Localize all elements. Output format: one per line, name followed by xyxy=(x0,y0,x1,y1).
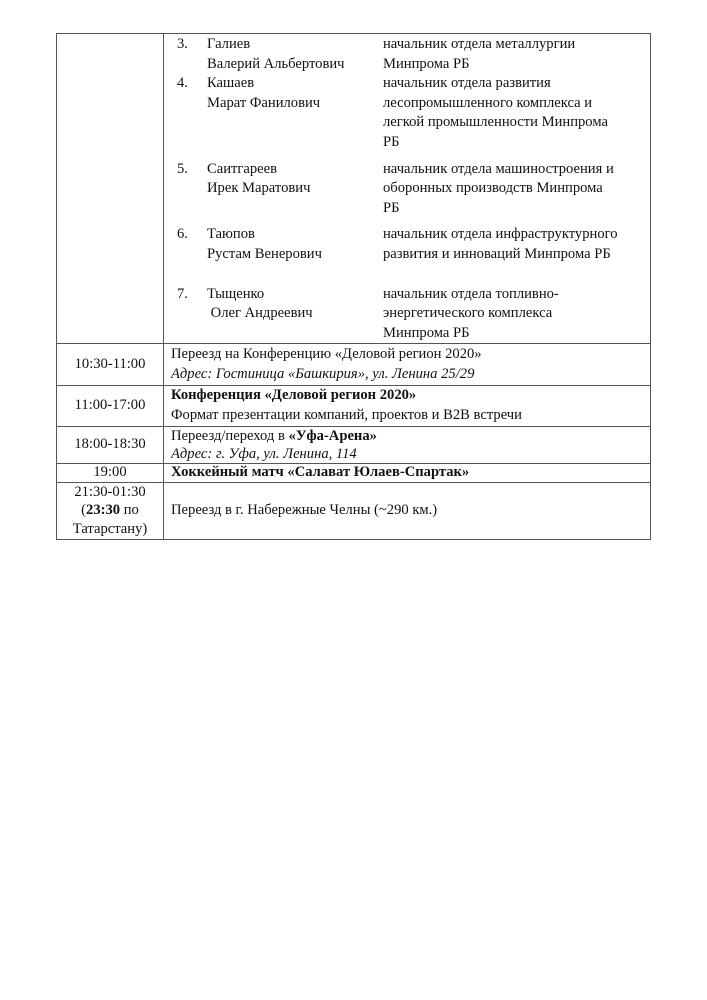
event-address: Адрес: Гостиница «Башкирия», ул. Ленина … xyxy=(171,365,650,385)
time-cell: 10:30-11:00 xyxy=(57,344,164,386)
time-note: по xyxy=(120,502,139,518)
person-entry-cont: Олег Андреевич энергетического комплекса xyxy=(164,304,650,324)
people-list-cell: 3. Галиев начальник отдела металлургии В… xyxy=(164,34,651,344)
schedule-row: 18:00-18:30 Переезд/переход в «Уфа-Арена… xyxy=(57,426,651,463)
person-entry-cont: Марат Фанилович лесопромышленного компле… xyxy=(164,94,650,114)
time-cell: 21:30-01:30 (23:30 по Татарстану) xyxy=(57,482,164,539)
person-entry: 6. Таюпов начальник отдела инфраструктур… xyxy=(164,225,650,245)
schedule-row: 11:00-17:00 Конференция «Деловой регион … xyxy=(57,386,651,426)
person-entry-cont: Рустам Венерович развития и инноваций Ми… xyxy=(164,245,650,265)
event-address: Адрес: г. Уфа, ул. Ленина, 114 xyxy=(171,445,650,463)
person-surname: Галиев xyxy=(207,35,250,55)
person-number: 4. xyxy=(177,74,188,94)
person-role-line: лесопромышленного комплекса и xyxy=(383,94,650,114)
person-role-line: начальник отдела инфраструктурного xyxy=(383,225,650,245)
event-title: Хоккейный матч «Салават Юлаев-Спартак» xyxy=(164,463,651,482)
person-entry: 4. Кашаев начальник отдела развития xyxy=(164,74,650,94)
person-entry: 5. Саитгареев начальник отдела машиностр… xyxy=(164,160,650,180)
person-number: 6. xyxy=(177,225,188,245)
person-number: 5. xyxy=(177,160,188,180)
event-cell: Конференция «Деловой регион 2020» Формат… xyxy=(164,386,651,426)
event-title: Переезд на Конференцию «Деловой регион 2… xyxy=(171,345,650,365)
schedule-table: 3. Галиев начальник отдела металлургии В… xyxy=(56,33,651,540)
person-entry-cont: легкой промышленности Минпрома xyxy=(164,113,650,133)
time-region: Татарстану) xyxy=(57,520,163,539)
person-given-name: Олег Андреевич xyxy=(207,304,313,324)
person-surname: Таюпов xyxy=(207,225,255,245)
person-entry-cont: Ирек Маратович оборонных производств Мин… xyxy=(164,179,650,199)
person-role-line: Минпрома РБ xyxy=(383,324,650,344)
schedule-row: 21:30-01:30 (23:30 по Татарстану) Переез… xyxy=(57,482,651,539)
person-role-line: РБ xyxy=(383,133,650,153)
schedule-row: 10:30-11:00 Переезд на Конференцию «Дело… xyxy=(57,344,651,386)
person-number: 3. xyxy=(177,35,188,55)
person-role-line: РБ xyxy=(383,199,650,219)
event-title: Переезд в г. Набережные Челны (~290 км.) xyxy=(164,482,651,539)
person-surname: Кашаев xyxy=(207,74,254,94)
person-surname: Тыщенко xyxy=(207,285,264,305)
person-given-name: Марат Фанилович xyxy=(207,94,320,114)
person-given-name: Рустам Венерович xyxy=(207,245,322,265)
document-page: 3. Галиев начальник отдела металлургии В… xyxy=(0,0,707,1000)
time-range: 21:30-01:30 xyxy=(57,483,163,502)
person-given-name: Валерий Альбертович xyxy=(207,55,344,75)
event-cell: Переезд/переход в «Уфа-Арена» Адрес: г. … xyxy=(164,426,651,463)
time-local: (23:30 по xyxy=(57,501,163,520)
delegation-row: 3. Галиев начальник отдела металлургии В… xyxy=(57,34,651,344)
event-title-prefix: Переезд/переход в xyxy=(171,428,289,444)
event-venue: «Уфа-Арена» xyxy=(289,428,377,444)
person-given-name: Ирек Маратович xyxy=(207,179,310,199)
person-surname: Саитгареев xyxy=(207,160,277,180)
person-role-line: начальник отдела топливно- xyxy=(383,285,650,305)
person-entry: 3. Галиев начальник отдела металлургии xyxy=(164,35,650,55)
person-entry-cont: РБ xyxy=(164,133,650,153)
person-role-line: начальник отдела машиностроения и xyxy=(383,160,650,180)
person-role-line: энергетического комплекса xyxy=(383,304,650,324)
time-cell-empty xyxy=(57,34,164,344)
person-entry-cont: РБ xyxy=(164,199,650,219)
person-role-line: оборонных производств Минпрома xyxy=(383,179,650,199)
time-tatarstan: 23:30 xyxy=(86,502,120,518)
person-role-line: начальник отдела развития xyxy=(383,74,650,94)
person-entry: 7. Тыщенко начальник отдела топливно- xyxy=(164,285,650,305)
time-cell: 11:00-17:00 xyxy=(57,386,164,426)
event-title: Переезд/переход в «Уфа-Арена» xyxy=(171,427,650,445)
person-number: 7. xyxy=(177,285,188,305)
person-role-line: начальник отдела металлургии xyxy=(383,35,650,55)
schedule-row: 19:00 Хоккейный матч «Салават Юлаев-Спар… xyxy=(57,463,651,482)
person-entry-cont: Минпрома РБ xyxy=(164,324,650,344)
event-cell: Переезд на Конференцию «Деловой регион 2… xyxy=(164,344,651,386)
time-cell: 18:00-18:30 xyxy=(57,426,164,463)
person-role-line: развития и инноваций Минпрома РБ xyxy=(383,245,650,265)
person-role-line: легкой промышленности Минпрома xyxy=(383,113,650,133)
person-entry-cont: Валерий Альбертович Минпрома РБ xyxy=(164,55,650,75)
time-cell: 19:00 xyxy=(57,463,164,482)
event-title: Конференция «Деловой регион 2020» xyxy=(171,386,650,406)
person-role-line: Минпрома РБ xyxy=(383,55,650,75)
event-format: Формат презентации компаний, проектов и … xyxy=(171,406,650,426)
